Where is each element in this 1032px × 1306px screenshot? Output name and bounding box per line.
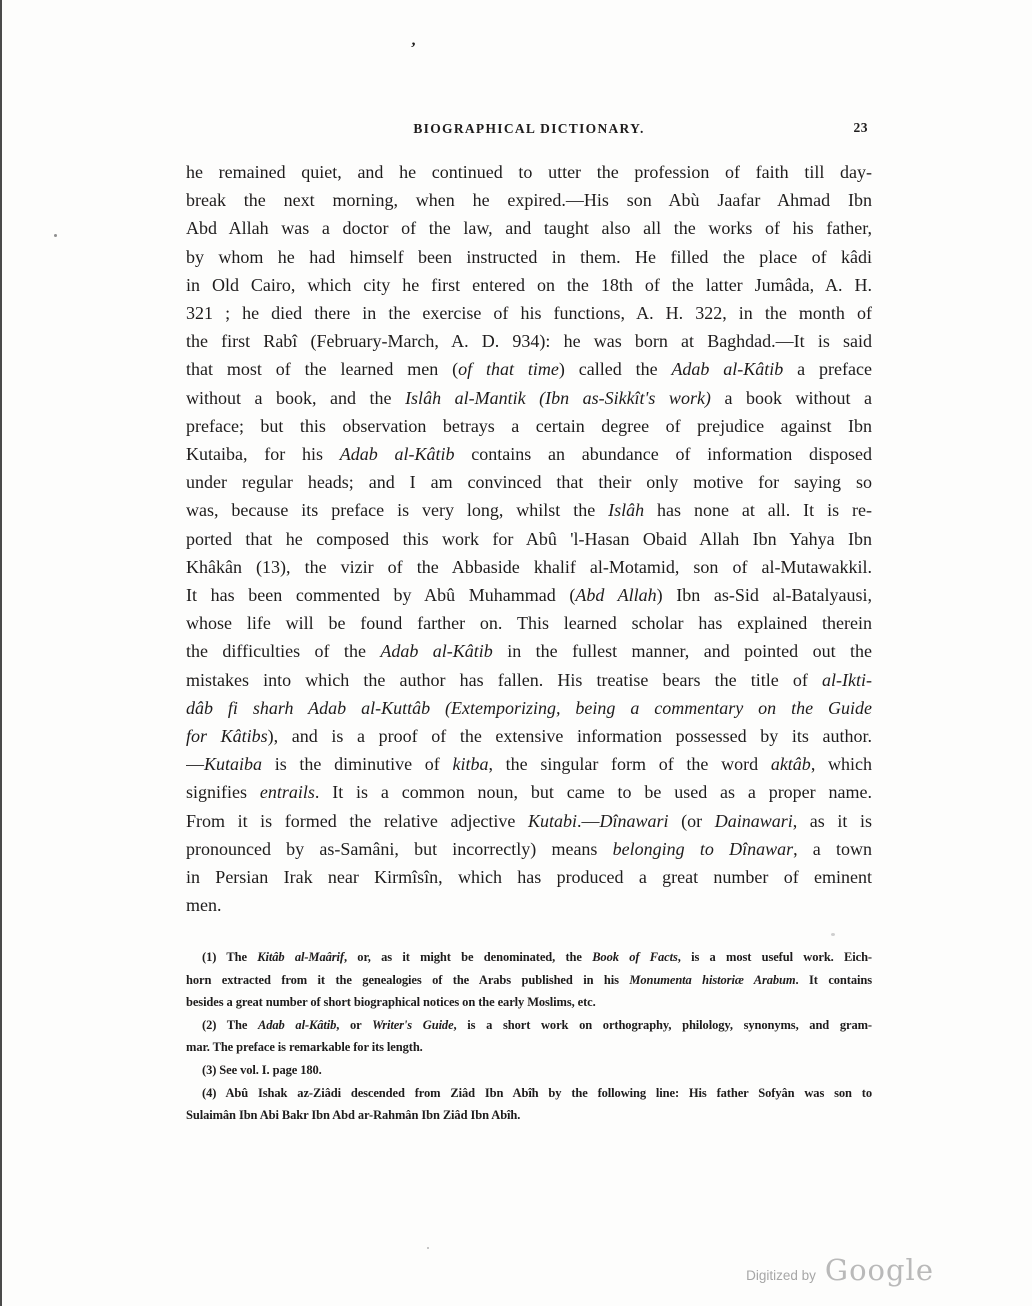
footnote-line: besides a great number of short biograph… (186, 991, 872, 1014)
footnote-line: (1) The Kitâb al-Maârif, or, as it might… (186, 946, 872, 969)
google-logo: Google (825, 1253, 934, 1287)
body-line: pronounced by as-Samâni, but incorrectly… (186, 835, 872, 863)
body-line: the difficulties of the Adab al-Kâtib in… (186, 637, 872, 665)
body-line: Kutaiba, for his Adab al-Kâtib contains … (186, 440, 872, 468)
scan-edge-line (0, 0, 2, 1306)
body-line: Abd Allah was a doctor of the law, and t… (186, 214, 872, 242)
body-line: 321 ; he died there in the exercise of h… (186, 299, 872, 327)
body-line: the first Rabî (February-March, A. D. 93… (186, 327, 872, 355)
body-line: Khâkân (13), the vizir of the Abbaside k… (186, 553, 872, 581)
page-header: BIOGRAPHICAL DICTIONARY. 23 (186, 120, 872, 142)
body-line: dâb fi sharh Adab al-Kuttâb (Extemporizi… (186, 694, 872, 722)
body-line: From it is formed the relative adjective… (186, 807, 872, 835)
body-line: in Persian Irak near Kirmîsîn, which has… (186, 863, 872, 891)
scanned-book-page: ’ BIOGRAPHICAL DICTIONARY. 23 he remaine… (0, 0, 1032, 1306)
body-line: ported that he composed this work for Ab… (186, 525, 872, 553)
footnote-line: (4) Abû Ishak az-Ziâdi descended from Zi… (186, 1082, 872, 1105)
body-line: signifies entrails. It is a common noun,… (186, 778, 872, 806)
footnote-line: (2) The Adab al-Kâtib, or Writer's Guide… (186, 1014, 872, 1037)
body-line: men. (186, 891, 872, 919)
body-line: without a book, and the Islâh al-Mantik … (186, 384, 872, 412)
body-text: he remained quiet, and he continued to u… (186, 158, 872, 919)
watermark: Digitized by Google (746, 1253, 934, 1287)
body-line: under regular heads; and I am convinced … (186, 468, 872, 496)
body-line: by whom he had himself been instructed i… (186, 243, 872, 271)
footnotes: (1) The Kitâb al-Maârif, or, as it might… (186, 946, 872, 1127)
footnote-line: mar. The preface is remarkable for its l… (186, 1036, 872, 1059)
footnote-line: horn extracted from it the genealogies o… (186, 969, 872, 992)
digitized-by-text: Digitized by (746, 1268, 816, 1283)
ink-speck (54, 234, 57, 237)
body-line: It has been commented by Abû Muhammad (A… (186, 581, 872, 609)
body-line: mistakes into which the author has falle… (186, 666, 872, 694)
running-title: BIOGRAPHICAL DICTIONARY. (413, 121, 644, 136)
body-line: was, because its preface is very long, w… (186, 496, 872, 524)
body-line: in Old Cairo, which city he first entere… (186, 271, 872, 299)
footnote-line: Sulaimân Ibn Abi Bakr Ibn Abd ar-Rahmân … (186, 1104, 872, 1127)
body-line: preface; but this observation betrays a … (186, 412, 872, 440)
body-line: that most of the learned men (of that ti… (186, 355, 872, 383)
body-line: whose life will be found farther on. Thi… (186, 609, 872, 637)
body-line: he remained quiet, and he continued to u… (186, 158, 872, 186)
body-line: for Kâtibs), and is a proof of the exten… (186, 722, 872, 750)
text-column: BIOGRAPHICAL DICTIONARY. 23 he remained … (186, 0, 872, 1306)
body-line: —Kutaiba is the diminutive of kitba, the… (186, 750, 872, 778)
footnote-line: (3) See vol. I. page 180. (186, 1059, 872, 1082)
body-line: break the next morning, when he expired.… (186, 186, 872, 214)
page-number: 23 (854, 120, 869, 136)
